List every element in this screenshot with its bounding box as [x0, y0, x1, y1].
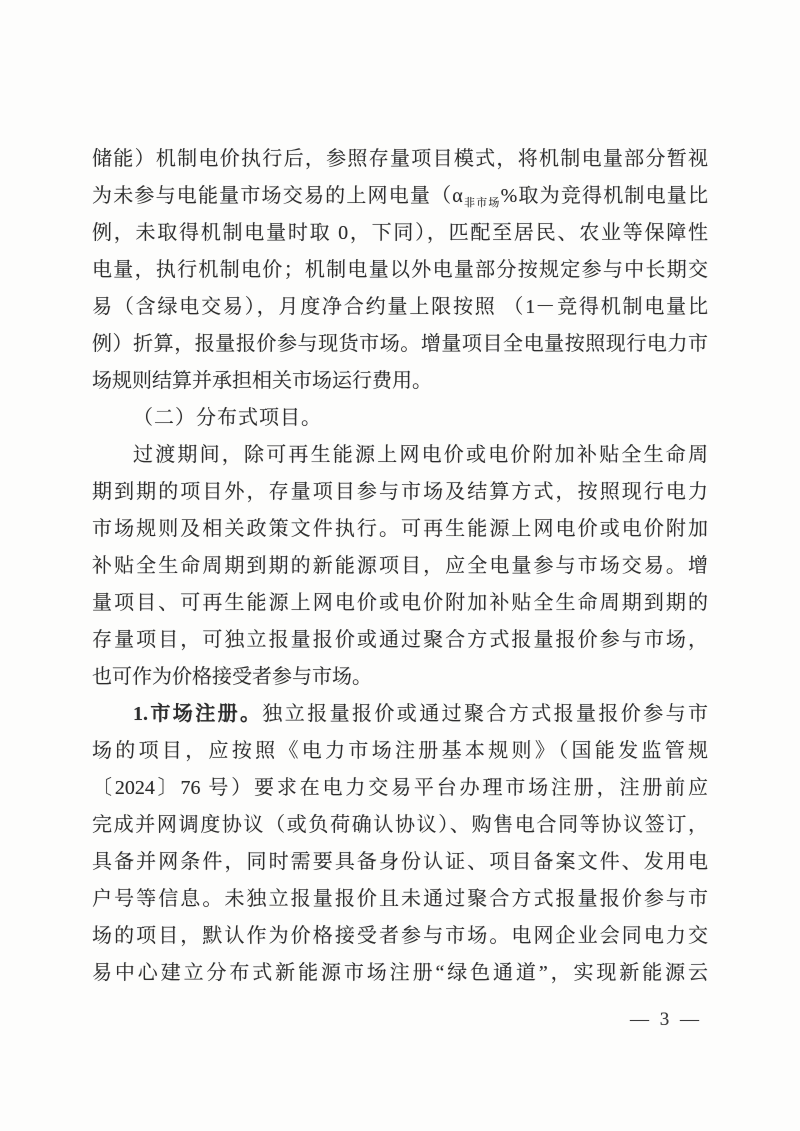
text-line: （二）分布式项目。	[92, 400, 708, 437]
text-segment: 具备并网条件，同时需要具备身份认证、项目备案文件、发用电	[92, 851, 708, 873]
text-line: 电量，执行机制电价；机制电量以外电量部分按规定参与中长期交	[92, 252, 708, 289]
text-segment: 也可作为价格接受者参与市场。	[92, 666, 372, 688]
text-segment: 期到期的项目外，存量项目参与市场及结算方式，按照现行电力	[92, 481, 708, 503]
text-segment: 易中心建立分布式新能源市场注册“绿色通道”，实现新能源云	[92, 962, 708, 984]
text-line: 补贴全生命周期到期的新能源项目，应全电量参与市场交易。增	[92, 548, 708, 585]
text-line: 过渡期间，除可再生能源上网电价或电价附加补贴全生命周	[92, 437, 708, 474]
text-line: 存量项目，可独立报量报价或通过聚合方式报量报价参与市场，	[92, 622, 708, 659]
text-line: 储能）机制电价执行后，参照存量项目模式，将机制电量部分暂视	[92, 141, 708, 178]
text-segment: 补贴全生命周期到期的新能源项目，应全电量参与市场交易。增	[92, 555, 708, 577]
text-line: 易（含绿电交易），月度净合约量上限按照 （1－竞得机制电量比	[92, 289, 708, 326]
text-segment: （二）分布式项目。	[133, 407, 322, 429]
text-segment: 储能）机制电价执行后，参照存量项目模式，将机制电量部分暂视	[92, 148, 708, 170]
text-segment: 场规则结算并承担相关市场运行费用。	[92, 370, 432, 392]
text-segment: 1.市场注册。	[133, 703, 262, 725]
text-line: 也可作为价格接受者参与市场。	[92, 659, 708, 696]
document-body: 储能）机制电价执行后，参照存量项目模式，将机制电量部分暂视为未参与电能量市场交易…	[92, 141, 708, 992]
text-line: 量项目、可再生能源上网电价或电价附加补贴全生命周期到期的	[92, 585, 708, 622]
text-segment: 例，未取得机制电量时取 0，下同），匹配至居民、农业等保障性	[92, 222, 708, 244]
text-line: 为未参与电能量市场交易的上网电量（α非市场%取为竞得机制电量比	[92, 178, 708, 215]
text-line: 具备并网条件，同时需要具备身份认证、项目备案文件、发用电	[92, 844, 708, 881]
text-segment: %取为竞得机制电量比	[501, 185, 708, 207]
text-segment: 市场规则及相关政策文件执行。可再生能源上网电价或电价附加	[92, 518, 708, 540]
text-line: 完成并网调度协议（或负荷确认协议）、购售电合同等协议签订，	[92, 807, 708, 844]
text-line: 户号等信息。未独立报量报价且未通过聚合方式报量报价参与市	[92, 881, 708, 918]
text-segment: 量项目、可再生能源上网电价或电价附加补贴全生命周期到期的	[92, 592, 708, 614]
text-segment: 电量，执行机制电价；机制电量以外电量部分按规定参与中长期交	[92, 259, 708, 281]
subscript-text: 非市场	[463, 197, 501, 209]
text-segment: 场的项目，应按照《电力市场注册基本规则》（国能发监管规	[92, 740, 708, 762]
text-line: 期到期的项目外，存量项目参与市场及结算方式，按照现行电力	[92, 474, 708, 511]
text-segment: 场的项目，默认作为价格接受者参与市场。电网企业会同电力交	[92, 925, 708, 947]
text-line: 1.市场注册。独立报量报价或通过聚合方式报量报价参与市	[92, 696, 708, 733]
page-number: — 3 —	[630, 1005, 702, 1035]
text-segment: 〔2024〕76 号）要求在电力交易平台办理市场注册，注册前应	[92, 777, 708, 799]
text-line: 例）折算，报量报价参与现货市场。增量项目全电量按照现行电力市	[92, 326, 708, 363]
text-line: 〔2024〕76 号）要求在电力交易平台办理市场注册，注册前应	[92, 770, 708, 807]
text-segment: 过渡期间，除可再生能源上网电价或电价附加补贴全生命周	[133, 444, 708, 466]
text-line: 例，未取得机制电量时取 0，下同），匹配至居民、农业等保障性	[92, 215, 708, 252]
text-segment: 为未参与电能量市场交易的上网电量（α	[92, 185, 463, 207]
text-line: 场规则结算并承担相关市场运行费用。	[92, 363, 708, 400]
text-segment: 存量项目，可独立报量报价或通过聚合方式报量报价参与市场，	[92, 629, 708, 651]
text-segment: 独立报量报价或通过聚合方式报量报价参与市	[262, 703, 708, 725]
text-line: 场的项目，应按照《电力市场注册基本规则》（国能发监管规	[92, 733, 708, 770]
text-segment: 例）折算，报量报价参与现货市场。增量项目全电量按照现行电力市	[92, 333, 708, 355]
text-line: 市场规则及相关政策文件执行。可再生能源上网电价或电价附加	[92, 511, 708, 548]
text-line: 易中心建立分布式新能源市场注册“绿色通道”，实现新能源云	[92, 955, 708, 992]
text-line: 场的项目，默认作为价格接受者参与市场。电网企业会同电力交	[92, 918, 708, 955]
text-segment: 易（含绿电交易），月度净合约量上限按照 （1－竞得机制电量比	[92, 296, 708, 318]
text-segment: 完成并网调度协议（或负荷确认协议）、购售电合同等协议签订，	[92, 814, 708, 836]
text-segment: 户号等信息。未独立报量报价且未通过聚合方式报量报价参与市	[92, 888, 708, 910]
document-page: 储能）机制电价执行后，参照存量项目模式，将机制电量部分暂视为未参与电能量市场交易…	[0, 0, 800, 1131]
